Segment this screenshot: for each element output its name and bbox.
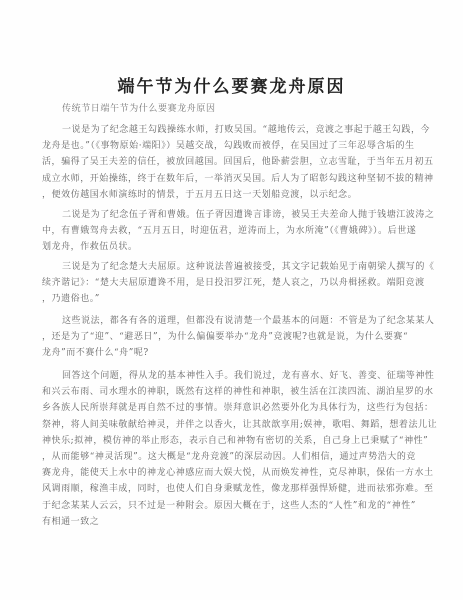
- text-line: ，便效仿越国水师演练时的情景，于五月五日这一天划船竞渡，以示纪念。: [42, 187, 422, 203]
- text-line: ，从而能够“神灵活现”。这大概是“龙舟竞渡”的深层动因。人们相信，通过声势浩大的…: [42, 449, 422, 465]
- text-line: 于纪念某某人云云，只不过是一种附会。原因大概在于，这些人杰的“人性”和龙的“神性…: [42, 498, 422, 514]
- text-line: 龙舟”而不赛什么“舟”呢?: [42, 345, 422, 361]
- text-line: 一说是为了纪念越王勾践操练水师，打败吴国。“越地传云，竞渡之事起于越王勾践，今: [42, 122, 422, 138]
- text-line: 龙舟是也。”（《事物原始·端阳》）吴越交战，勾践败而被俘，在吴国过了三年忍辱含垢…: [42, 138, 422, 154]
- paragraph-2: 二说是为了纪念伍子胥和曹娥。伍子胥因遭谗言诽谤，被吴王夫差命人抛于钱塘江波涛之 …: [42, 207, 422, 256]
- text-line: 风调雨顺，稼渔丰成，同时，也使人们自身秉赋龙性，像龙那样强悍矫健，进而祛邪弥难。…: [42, 481, 422, 497]
- text-line: 续齐谐记》：“楚大夫屈原遭谗不用，是日投汨罗江死，楚人哀之，乃以舟楫拯救。端阳竞…: [42, 275, 422, 291]
- text-line: ，还是为了“迎”、“避恶日”，为什么偏偏要举办“龙舟”竞渡呢?也就是说，为什么要…: [42, 329, 422, 345]
- text-line: ，乃遗俗也。”: [42, 291, 422, 307]
- text-line: 祭神，将人间美味敬献给神灵，并伴之以香火，让其歆歆享用;娱神，歌唱、舞蹈，想着法…: [42, 417, 422, 433]
- paragraph-1: 一说是为了纪念越王勾践操练水师，打败吴国。“越地传云，竞渡之事起于越王勾践，今 …: [42, 122, 422, 203]
- text-line: 活，骗得了吴王夫差的信任，被放回越国。回国后，他卧薪尝胆，立志雪耻，于当年五月初…: [42, 154, 422, 170]
- text-line: 乡各族人民所崇拜就是再自然不过的事情。崇拜意识必然要外化为具体行为，这些行为包括…: [42, 400, 422, 416]
- text-line: 和兴云布雨、司水理水的神职，既然有这样的神性和神职，被生活在江渎四流、湖泊星罗的…: [42, 384, 422, 400]
- paragraph-5: 回答这个问题，得从龙的基本神性入手。我们说过，龙有喜水、好飞、善变、征瑞等神性 …: [42, 368, 422, 530]
- text-line: 三说是为了纪念楚大夫屈原。这种说法普遍被接受，其文字记载始见于南朝梁人撰写的《: [42, 259, 422, 275]
- text-line: 划龙舟，作救伍员状。: [42, 239, 422, 255]
- text-line: 有相通一致之: [42, 514, 422, 530]
- text-line: 成立水师，开始操练，终于在数年后，一举消灭吴国。后人为了昭彰勾践这种坚韧不拔的精…: [42, 171, 422, 187]
- paragraph-4: 这些说法，都各有各的道理，但都没有说清楚一个最基本的问题：不管是为了纪念某某人 …: [42, 313, 422, 362]
- document-subtitle: 传统节日端午节为什么要赛龙舟原因: [62, 101, 216, 114]
- text-line: 神快乐;拟神，模仿神的举止形态，表示自己和神物有密切的关系，自己身上已秉赋了“神…: [42, 433, 422, 449]
- text-line: 这些说法，都各有各的道理，但都没有说清楚一个最基本的问题：不管是为了纪念某某人: [42, 313, 422, 329]
- document-title: 端午节为什么要赛龙舟原因: [0, 72, 463, 97]
- text-line: 回答这个问题，得从龙的基本神性入手。我们说过，龙有喜水、好飞、善变、征瑞等神性: [42, 368, 422, 384]
- text-line: 二说是为了纪念伍子胥和曹娥。伍子胥因遭谗言诽谤，被吴王夫差命人抛于钱塘江波涛之: [42, 207, 422, 223]
- text-line: 中，有曹娥驾舟去救，“五月五日，时迎伍君，逆涛而上，为水所淹”（《曹娥碑》）。后…: [42, 223, 422, 239]
- text-line: 赛龙舟，能使天上水中的神龙心神感应而大娱大悦，从而焕发神性，克尽神职，保佑一方水…: [42, 465, 422, 481]
- paragraph-3: 三说是为了纪念楚大夫屈原。这种说法普遍被接受，其文字记载始见于南朝梁人撰写的《 …: [42, 259, 422, 308]
- document-page: 端午节为什么要赛龙舟原因 传统节日端午节为什么要赛龙舟原因 一说是为了纪念越王勾…: [0, 0, 463, 600]
